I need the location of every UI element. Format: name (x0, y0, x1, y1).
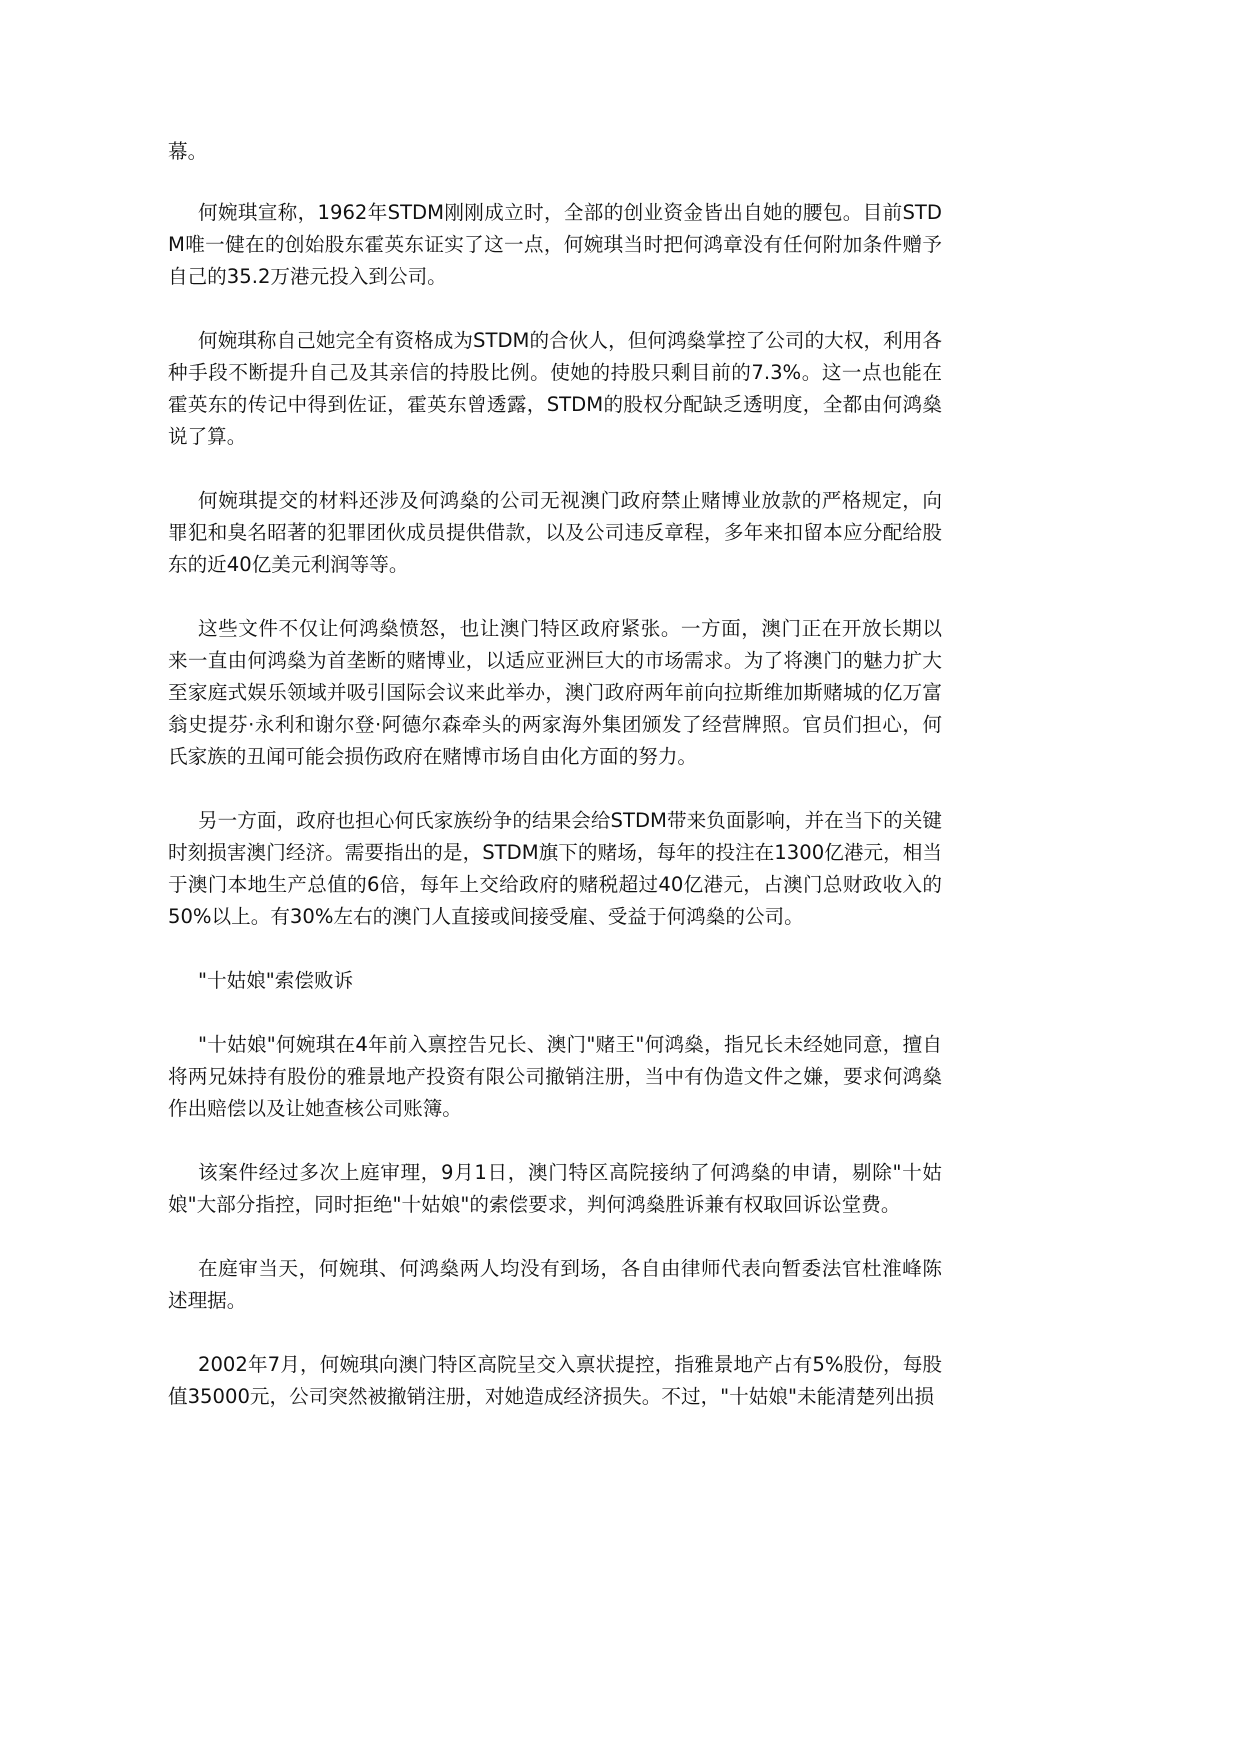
paragraph-hearing: 在庭审当天，何婉琪、何鸿燊两人均没有到场，各自由律师代表向暂委法官杜淮峰陈述理据… (168, 1253, 942, 1317)
section-heading: "十姑娘"索偿败诉 (168, 965, 942, 997)
paragraph-court-ruling: 该案件经过多次上庭审理，9月1日，澳门特区高院接纳了何鸿燊的申请，剔除"十姑娘"… (168, 1157, 942, 1221)
paragraph-lawsuit: "十姑娘"何婉琪在4年前入禀控告兄长、澳门"赌王"何鸿燊，指兄长未经她同意，擅自… (168, 1029, 942, 1125)
paragraph-continuation: 幕。 (168, 136, 942, 168)
paragraph-partnership-claim: 何婉琪称自己她完全有资格成为STDM的合伙人，但何鸿燊掌控了公司的大权，利用各种… (168, 325, 942, 453)
paragraph-economic-impact: 另一方面，政府也担心何氏家族纷争的结果会给STDM带来负面影响，并在当下的关键时… (168, 805, 942, 933)
paragraph-government-concern: 这些文件不仅让何鸿燊愤怒，也让澳门特区政府紧张。一方面，澳门正在开放长期以来一直… (168, 613, 942, 773)
document-page: 幕。 何婉琪宣称，1962年STDM刚刚成立时，全部的创业资金皆出自她的腰包。目… (168, 136, 942, 1445)
paragraph-founding-capital: 何婉琪宣称，1962年STDM刚刚成立时，全部的创业资金皆出自她的腰包。目前ST… (168, 197, 942, 293)
paragraph-2002-filing: 2002年7月，何婉琪向澳门特区高院呈交入禀状提控，指雅景地产占有5%股份，每股… (168, 1349, 942, 1413)
paragraph-loan-allegations: 何婉琪提交的材料还涉及何鸿燊的公司无视澳门政府禁止赌博业放款的严格规定，向罪犯和… (168, 485, 942, 581)
